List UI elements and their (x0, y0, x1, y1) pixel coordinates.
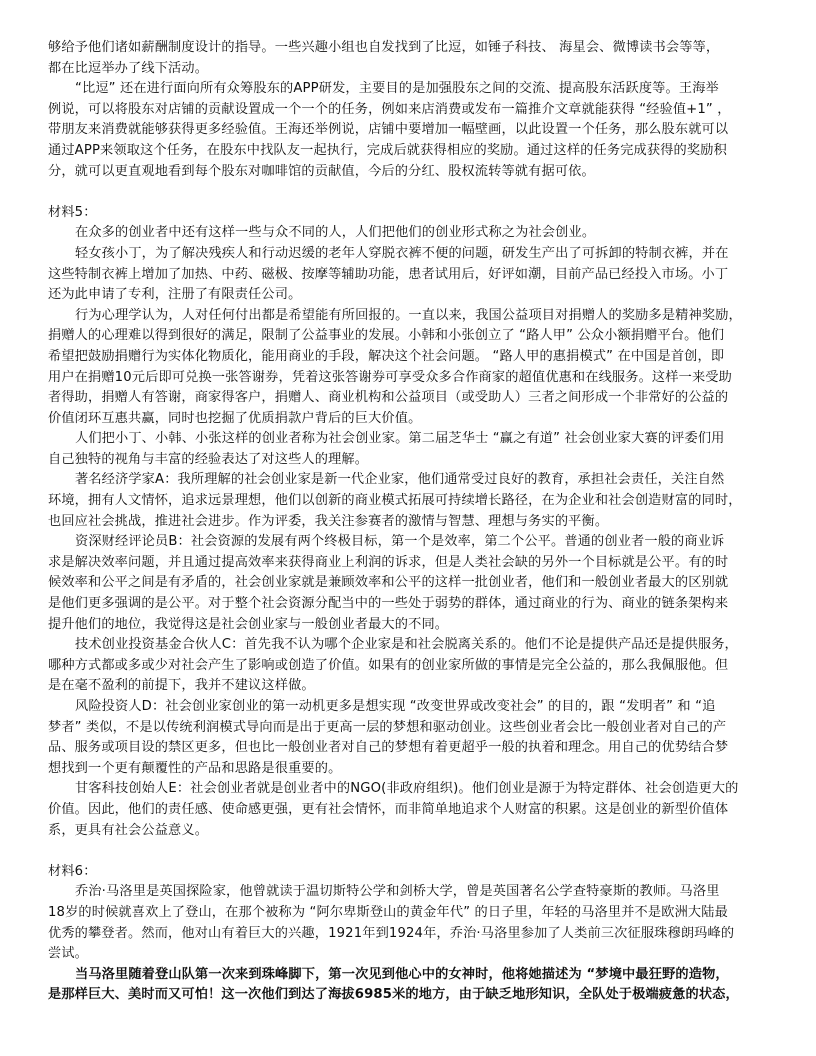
text-line: 是在毫不盈利的前提下，我并不建议这样做。 (48, 676, 778, 697)
paragraph: 资深财经评论员B：社会资源的发展有两个终极目标，第一个是效率，第二个公平。普通的… (48, 532, 778, 635)
text-line: 价值。因此，他们的责任感、使命感更强，更有社会情怀，而非简单地追求个人财富的积累… (48, 800, 778, 821)
text-line: 资深财经评论员B：社会资源的发展有两个终极目标，第一个是效率，第二个公平。普通的… (48, 532, 778, 553)
text-line: 哪种方式都或多或少对社会产生了影响或创造了价值。如果有的创业家所做的事情是完全公… (48, 656, 778, 677)
text-line: 甘客科技创始人E：社会创业者就是创业者中的NGO(非政府组织)。他们创业是源于为… (48, 779, 778, 800)
paragraph: 甘客科技创始人E：社会创业者就是创业者中的NGO(非政府组织)。他们创业是源于为… (48, 779, 778, 841)
spacer (48, 182, 778, 203)
text-line: 求是解决效率问题，并且通过提高效率来获得商业上利润的诉求，但是人类社会缺的另外一… (48, 553, 778, 574)
paragraph: 在众多的创业者中还有这样一些与众不同的人，人们把他们的创业形式称之为社会创业。 (48, 223, 778, 244)
text-line: 例说，可以将股东对店铺的贡献设置成一个一个的任务，例如来店消费或发布一篇推介文章… (48, 100, 778, 121)
text-line: 够给予他们诸如薪酬制度设计的指导。一些兴趣小组也自发找到了比逗，如锤子科技、 海… (48, 38, 778, 59)
text-line: 还为此申请了专利，注册了有限责任公司。 (48, 285, 778, 306)
text-line: 轻女孩小丁，为了解决残疾人和行动迟缓的老年人穿脱衣裤不便的问题，研发生产出了可拆… (48, 244, 778, 265)
paragraph: 乔治·马洛里是英国探险家，他曾就读于温切斯特公学和剑桥大学，曾是英国著名公学查特… (48, 882, 778, 964)
spacer (48, 841, 778, 862)
text-line: 品、服务或项目设的禁区更多，但也比一般创业者对自己的梦想有着更超乎一般的执着和理… (48, 738, 778, 759)
text-line: 是他们更多强调的是公平。对于整个社会资源分配当中的一些处于弱势的群体，通过商业的… (48, 594, 778, 615)
text-line: 人们把小丁、小韩、小张这样的创业者称为社会创业家。第二届芝华士 “赢之有道” 社… (48, 429, 778, 450)
text-line: 自己独特的视角与丰富的经验表达了对这些人的理解。 (48, 450, 778, 471)
text-line: 尝试。 (48, 944, 778, 965)
text-line: 想找到一个更有颠覆性的产品和思路是很重要的。 (48, 759, 778, 780)
text-line: 捐赠人的心理难以得到很好的满足，限制了公益事业的发展。小韩和小张创立了 “路人甲… (48, 326, 778, 347)
paragraph: 技术创业投资基金合伙人C：首先我不认为哪个企业家是和社会脱离关系的。他们不论是提… (48, 635, 778, 697)
app-paragraph: “比逗” 还在进行面向所有众筹股东的APP研发，主要目的是加强股东之间的交流、提… (48, 79, 778, 182)
text-line: 著名经济学家A：我所理解的社会创业家是新一代企业家，他们通常受过良好的教育，承担… (48, 470, 778, 491)
text-line: 乔治·马洛里是英国探险家，他曾就读于温切斯特公学和剑桥大学，曾是英国著名公学查特… (48, 882, 778, 903)
text-line: 提升他们的地位，我觉得这是社会创业家与一般创业者最大的不同。 (48, 615, 778, 636)
text-line: 优秀的攀登者。然而，他对山有着巨大的兴趣，1921年到1924年，乔治·马洛里参… (48, 924, 778, 945)
text-line: 希望把鼓励捐赠行为实体化物质化，能用商业的手段，解决这个社会问题。 “路人甲的惠… (48, 347, 778, 368)
text-line: 是那样巨大、美时而又可怕！这一次他们到达了海拔6985米的地方，由于缺乏地形知识… (48, 985, 778, 1006)
intro-paragraph: 够给予他们诸如薪酬制度设计的指导。一些兴趣小组也自发找到了比逗，如锤子科技、 海… (48, 38, 778, 79)
text-line: 这些特制衣裤上增加了加热、中药、磁极、按摩等辅助功能，患者试用后，好评如潮，目前… (48, 265, 778, 286)
text-line: 用户在捐赠10元后即可兑换一张答谢券，凭着这张答谢券可享受众多合作商家的超值优惠… (48, 368, 778, 389)
text-line: 梦者” 类似，不是以传统利润模式导向而是出于更高一层的梦想和驱动创业。这些创业者… (48, 718, 778, 739)
document-page: 够给予他们诸如薪酬制度设计的指导。一些兴趣小组也自发找到了比逗，如锤子科技、 海… (48, 38, 778, 1006)
text-line: 技术创业投资基金合伙人C：首先我不认为哪个企业家是和社会脱离关系的。他们不论是提… (48, 635, 778, 656)
material-6-section: 材料6： 乔治·马洛里是英国探险家，他曾就读于温切斯特公学和剑桥大学，曾是英国著… (48, 862, 778, 1006)
text-line: 当马洛里随着登山队第一次来到珠峰脚下，第一次见到他心中的女神时，他将她描述为 “… (48, 965, 778, 986)
bold-paragraph: 当马洛里随着登山队第一次来到珠峰脚下，第一次见到他心中的女神时，他将她描述为 “… (48, 965, 778, 1006)
text-line: 也回应社会挑战，推进社会进步。作为评委，我关注参赛者的激情与智慧、理想与务实的平… (48, 512, 778, 533)
paragraph: 轻女孩小丁，为了解决残疾人和行动迟缓的老年人穿脱衣裤不便的问题，研发生产出了可拆… (48, 244, 778, 306)
paragraph: 著名经济学家A：我所理解的社会创业家是新一代企业家，他们通常受过良好的教育，承担… (48, 470, 778, 532)
text-line: 通过APP来领取这个任务，在股东中找队友一起执行，完成后就获得相应的奖励。通过这… (48, 141, 778, 162)
text-line: 候效率和公平之间是有矛盾的，社会创业家就是兼顾效率和公平的这样一批创业者，他们和… (48, 573, 778, 594)
text-line: 在众多的创业者中还有这样一些与众不同的人，人们把他们的创业形式称之为社会创业。 (48, 223, 778, 244)
text-line: 都在比逗举办了线下活动。 (48, 59, 778, 80)
paragraph: 人们把小丁、小韩、小张这样的创业者称为社会创业家。第二届芝华士 “赢之有道” 社… (48, 429, 778, 470)
text-line: 行为心理学认为，人对任何付出都是希望能有所回报的。一直以来，我国公益项目对捐赠人… (48, 306, 778, 327)
paragraph: 风险投资人D：社会创业家创业的第一动机更多是想实现 “改变世界或改变社会” 的目… (48, 697, 778, 779)
material-5-section: 材料5： 在众多的创业者中还有这样一些与众不同的人，人们把他们的创业形式称之为社… (48, 203, 778, 841)
paragraph: 行为心理学认为，人对任何付出都是希望能有所回报的。一直以来，我国公益项目对捐赠人… (48, 306, 778, 430)
text-line: 环境，拥有人文情怀，追求远景理想，他们以创新的商业模式拓展可持续增长路径，在为企… (48, 491, 778, 512)
text-line: 分，就可以更直观地看到每个股东对咖啡馆的贡献值，今后的分红、股权流转等就有据可依… (48, 162, 778, 183)
text-line: 系，更具有社会公益意义。 (48, 821, 778, 842)
text-line: “比逗” 还在进行面向所有众筹股东的APP研发，主要目的是加强股东之间的交流、提… (48, 79, 778, 100)
section-heading: 材料6： (48, 862, 778, 883)
text-line: 18岁的时候就喜欢上了登山，在那个被称为 “阿尔卑斯登山的黄金年代” 的日子里，… (48, 903, 778, 924)
text-line: 价值闭环互惠共赢，同时也挖掘了优质捐款户背后的巨大价值。 (48, 409, 778, 430)
text-line: 带朋友来消费就能够获得更多经验值。王海还举例说，店铺中要增加一幅壁画，以此设置一… (48, 120, 778, 141)
section-heading: 材料5： (48, 203, 778, 224)
text-line: 者得助，捐赠人有答谢，商家得客户，捐赠人、商业机构和公益项目（或受助人）三者之间… (48, 388, 778, 409)
text-line: 风险投资人D：社会创业家创业的第一动机更多是想实现 “改变世界或改变社会” 的目… (48, 697, 778, 718)
